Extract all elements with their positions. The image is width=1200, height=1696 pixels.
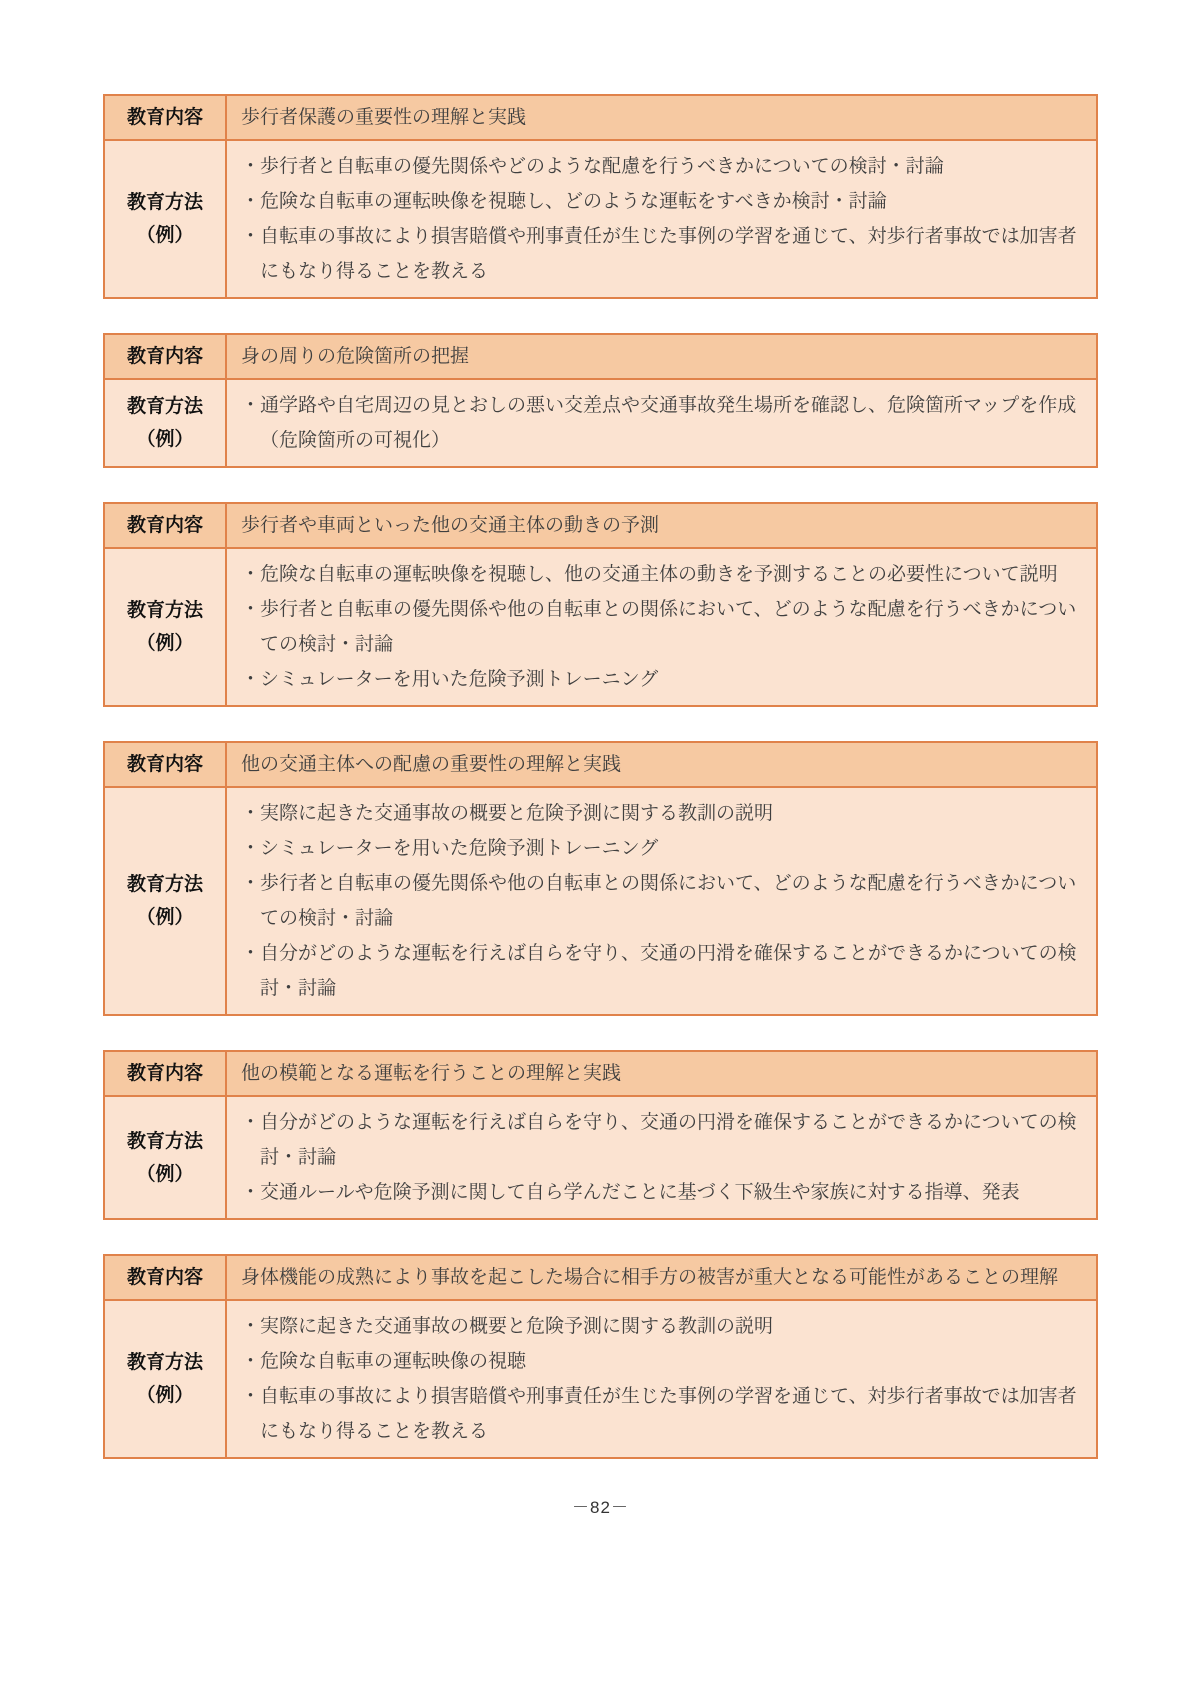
method-label: 教育方法 （例） bbox=[105, 141, 227, 297]
method-item: ・シミュレーターを用いた危険予測トレーニング bbox=[241, 662, 1082, 697]
method-item: ・自転車の事故により損害賠償や刑事責任が生じた事例の学習を通じて、対歩行者事故で… bbox=[241, 1379, 1082, 1449]
method-item: ・歩行者と自転車の優先関係や他の自転車との関係において、どのような配慮を行うべき… bbox=[241, 866, 1082, 936]
content-label: 教育内容 bbox=[105, 96, 227, 139]
page-number: －82－ bbox=[103, 1493, 1098, 1518]
method-label: 教育方法 （例） bbox=[105, 788, 227, 1014]
education-table-1: 教育内容 歩行者保護の重要性の理解と実践 教育方法 （例） ・歩行者と自転車の優… bbox=[103, 94, 1098, 299]
method-label-line1: 教育方法 bbox=[127, 186, 203, 219]
method-item: ・危険な自転車の運転映像を視聴し、他の交通主体の動きを予測することの必要性につい… bbox=[241, 557, 1082, 592]
method-label-line1: 教育方法 bbox=[127, 390, 203, 423]
method-item: ・シミュレーターを用いた危険予測トレーニング bbox=[241, 831, 1082, 866]
content-label: 教育内容 bbox=[105, 1052, 227, 1095]
method-label-line2: （例） bbox=[136, 901, 193, 934]
content-label: 教育内容 bbox=[105, 504, 227, 547]
education-table-2: 教育内容 身の周りの危険箇所の把握 教育方法 （例） ・通学路や自宅周辺の見とお… bbox=[103, 333, 1098, 468]
content-value: 他の模範となる運転を行うことの理解と実践 bbox=[227, 1052, 1096, 1095]
method-row: 教育方法 （例） ・実際に起きた交通事故の概要と危険予測に関する教訓の説明・シミ… bbox=[105, 788, 1096, 1014]
education-table-4: 教育内容 他の交通主体への配慮の重要性の理解と実践 教育方法 （例） ・実際に起… bbox=[103, 741, 1098, 1016]
method-item: ・実際に起きた交通事故の概要と危険予測に関する教訓の説明 bbox=[241, 796, 1082, 831]
method-item: ・危険な自転車の運転映像を視聴し、どのような運転をすべきか検討・討論 bbox=[241, 184, 1082, 219]
content-row: 教育内容 身の周りの危険箇所の把握 bbox=[105, 335, 1096, 380]
content-value: 身体機能の成熟により事故を起こした場合に相手方の被害が重大となる可能性があること… bbox=[227, 1256, 1096, 1299]
content-label: 教育内容 bbox=[105, 335, 227, 378]
education-table-6: 教育内容 身体機能の成熟により事故を起こした場合に相手方の被害が重大となる可能性… bbox=[103, 1254, 1098, 1459]
method-item: ・実際に起きた交通事故の概要と危険予測に関する教訓の説明 bbox=[241, 1309, 1082, 1344]
method-label-line1: 教育方法 bbox=[127, 594, 203, 627]
content-label: 教育内容 bbox=[105, 743, 227, 786]
method-list: ・自分がどのような運転を行えば自らを守り、交通の円滑を確保することができるかにつ… bbox=[227, 1097, 1096, 1218]
method-label-line2: （例） bbox=[136, 627, 193, 660]
content-row: 教育内容 他の模範となる運転を行うことの理解と実践 bbox=[105, 1052, 1096, 1097]
method-label-line2: （例） bbox=[136, 423, 193, 456]
method-label: 教育方法 （例） bbox=[105, 380, 227, 466]
method-label-line2: （例） bbox=[136, 219, 193, 252]
method-list: ・実際に起きた交通事故の概要と危険予測に関する教訓の説明・シミュレーターを用いた… bbox=[227, 788, 1096, 1014]
method-label: 教育方法 （例） bbox=[105, 549, 227, 705]
method-list: ・危険な自転車の運転映像を視聴し、他の交通主体の動きを予測することの必要性につい… bbox=[227, 549, 1096, 705]
method-row: 教育方法 （例） ・実際に起きた交通事故の概要と危険予測に関する教訓の説明・危険… bbox=[105, 1301, 1096, 1457]
content-row: 教育内容 歩行者や車両といった他の交通主体の動きの予測 bbox=[105, 504, 1096, 549]
method-item: ・自転車の事故により損害賠償や刑事責任が生じた事例の学習を通じて、対歩行者事故で… bbox=[241, 219, 1082, 289]
content-row: 教育内容 他の交通主体への配慮の重要性の理解と実践 bbox=[105, 743, 1096, 788]
method-row: 教育方法 （例） ・歩行者と自転車の優先関係やどのような配慮を行うべきかについて… bbox=[105, 141, 1096, 297]
method-label-line1: 教育方法 bbox=[127, 868, 203, 901]
method-label-line1: 教育方法 bbox=[127, 1125, 203, 1158]
education-table-3: 教育内容 歩行者や車両といった他の交通主体の動きの予測 教育方法 （例） ・危険… bbox=[103, 502, 1098, 707]
method-list: ・歩行者と自転車の優先関係やどのような配慮を行うべきかについての検討・討論・危険… bbox=[227, 141, 1096, 297]
method-label-line1: 教育方法 bbox=[127, 1346, 203, 1379]
document-page: 教育内容 歩行者保護の重要性の理解と実践 教育方法 （例） ・歩行者と自転車の優… bbox=[0, 0, 1200, 1518]
method-item: ・自分がどのような運転を行えば自らを守り、交通の円滑を確保することができるかにつ… bbox=[241, 936, 1082, 1006]
method-item: ・歩行者と自転車の優先関係やどのような配慮を行うべきかについての検討・討論 bbox=[241, 149, 1082, 184]
method-label-line2: （例） bbox=[136, 1158, 193, 1191]
content-value: 歩行者保護の重要性の理解と実践 bbox=[227, 96, 1096, 139]
method-item: ・通学路や自宅周辺の見とおしの悪い交差点や交通事故発生場所を確認し、危険箇所マッ… bbox=[241, 388, 1082, 458]
method-list: ・通学路や自宅周辺の見とおしの悪い交差点や交通事故発生場所を確認し、危険箇所マッ… bbox=[227, 380, 1096, 466]
method-item: ・歩行者と自転車の優先関係や他の自転車との関係において、どのような配慮を行うべき… bbox=[241, 592, 1082, 662]
content-label: 教育内容 bbox=[105, 1256, 227, 1299]
content-value: 他の交通主体への配慮の重要性の理解と実践 bbox=[227, 743, 1096, 786]
education-table-5: 教育内容 他の模範となる運転を行うことの理解と実践 教育方法 （例） ・自分がど… bbox=[103, 1050, 1098, 1220]
method-row: 教育方法 （例） ・危険な自転車の運転映像を視聴し、他の交通主体の動きを予測する… bbox=[105, 549, 1096, 705]
method-row: 教育方法 （例） ・自分がどのような運転を行えば自らを守り、交通の円滑を確保する… bbox=[105, 1097, 1096, 1218]
method-list: ・実際に起きた交通事故の概要と危険予測に関する教訓の説明・危険な自転車の運転映像… bbox=[227, 1301, 1096, 1457]
content-row: 教育内容 歩行者保護の重要性の理解と実践 bbox=[105, 96, 1096, 141]
method-row: 教育方法 （例） ・通学路や自宅周辺の見とおしの悪い交差点や交通事故発生場所を確… bbox=[105, 380, 1096, 466]
content-value: 身の周りの危険箇所の把握 bbox=[227, 335, 1096, 378]
content-row: 教育内容 身体機能の成熟により事故を起こした場合に相手方の被害が重大となる可能性… bbox=[105, 1256, 1096, 1301]
method-label: 教育方法 （例） bbox=[105, 1301, 227, 1457]
method-label: 教育方法 （例） bbox=[105, 1097, 227, 1218]
method-label-line2: （例） bbox=[136, 1379, 193, 1412]
method-item: ・交通ルールや危険予測に関して自ら学んだことに基づく下級生や家族に対する指導、発… bbox=[241, 1175, 1082, 1210]
content-value: 歩行者や車両といった他の交通主体の動きの予測 bbox=[227, 504, 1096, 547]
method-item: ・危険な自転車の運転映像の視聴 bbox=[241, 1344, 1082, 1379]
method-item: ・自分がどのような運転を行えば自らを守り、交通の円滑を確保することができるかにつ… bbox=[241, 1105, 1082, 1175]
